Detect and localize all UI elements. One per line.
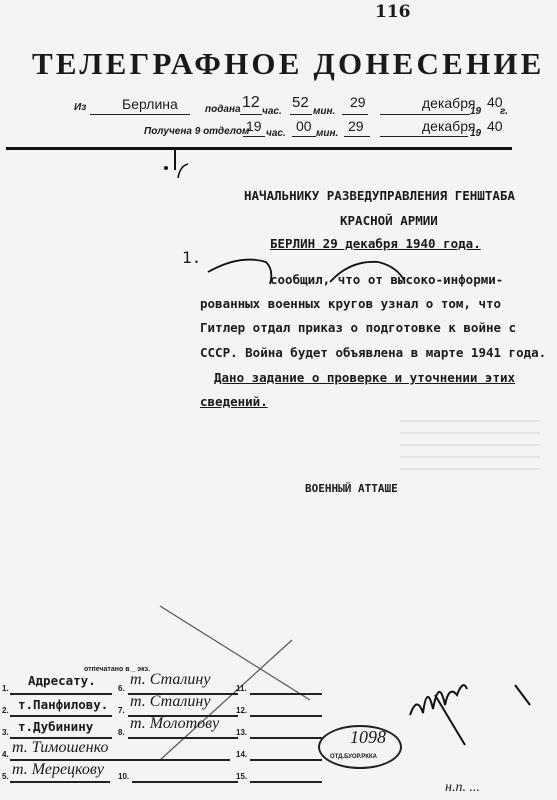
form-title: ТЕЛЕГРАФНОЕ ДОНЕСЕНИЕ [32, 46, 545, 82]
header-divider [6, 147, 512, 150]
place-date: БЕРЛИН 29 декабря 1940 года. [270, 236, 481, 251]
body-line-1: сообщил, что от высоко-информи- [270, 272, 503, 287]
sent-min: 52 [292, 94, 309, 111]
recv-year: 40 [487, 118, 503, 134]
from-label: Из [74, 102, 86, 113]
task-line-2: сведений. [200, 394, 268, 409]
addressee-line-1: НАЧАЛЬНИКУ РАЗВЕДУПРАВЛЕНИЯ ГЕНШТАБА [244, 188, 515, 203]
body-line-3: Гитлер отдал приказ о подготовке к войне… [200, 320, 516, 335]
stamp-number: 1098 [350, 727, 386, 748]
sent-row: Из Берлина подана 12 час. 52 мин. 29 дек… [0, 98, 557, 118]
page-number: 116 [375, 2, 411, 22]
sent-hour: 12 [242, 94, 260, 112]
body-line-2: рованных военных кругов узнал о том, что [200, 296, 501, 311]
handwritten-signature [405, 675, 545, 755]
bottom-note: н.п. ... [445, 780, 480, 796]
from-value: Берлина [122, 96, 178, 112]
faint-bleed [400, 410, 540, 470]
margin-stroke [176, 160, 192, 180]
paragraph-mark: 1. [182, 248, 201, 267]
addressee-line-2: КРАСНОЙ АРМИИ [340, 213, 438, 228]
received-row: Получена 9 отделом 19 час. 00 мин. 29 де… [0, 120, 557, 142]
body-line-4: СССР. Война будет объявлена в марте 1941… [200, 345, 546, 360]
recv-month: декабря [422, 118, 475, 134]
sent-day: 29 [350, 94, 366, 110]
recv-hour: 19 [246, 118, 262, 134]
margin-dot [164, 166, 168, 170]
task-line-1: Дано задание о проверке и уточнении этих [214, 370, 515, 385]
recv-min: 00 [296, 118, 312, 134]
received-label: Получена 9 отделом [144, 126, 249, 137]
sent-month: декабря [422, 95, 475, 111]
recv-day: 29 [348, 118, 364, 134]
signature-title: ВОЕННЫЙ АТТАШЕ [305, 482, 398, 495]
sent-label: подана [205, 104, 241, 115]
stamp-text: ОТД.БУОР.РККА [330, 754, 377, 760]
